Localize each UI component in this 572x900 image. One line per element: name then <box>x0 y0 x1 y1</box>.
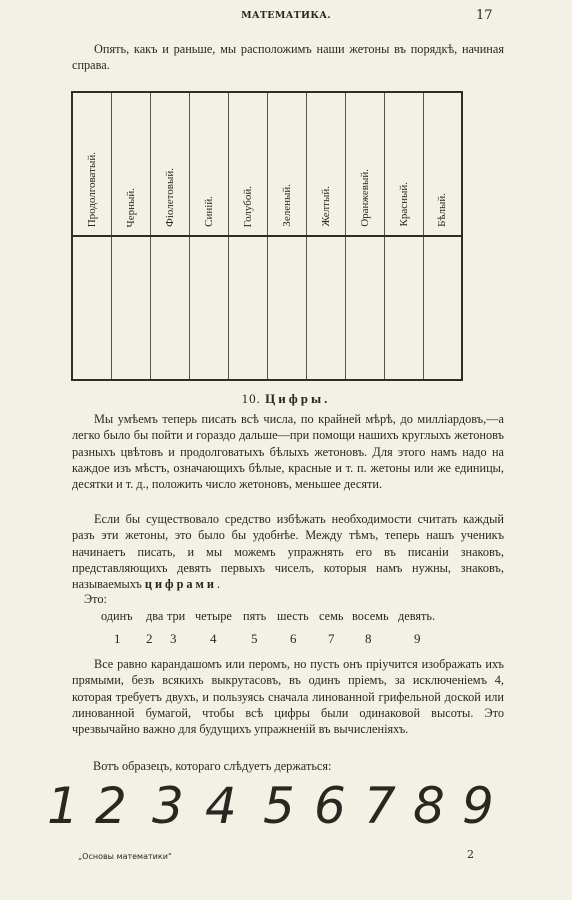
section-heading: 10. Цифры. <box>0 391 572 407</box>
script-digit: 4 <box>205 778 237 834</box>
script-digit: 8 <box>413 778 445 834</box>
intro-paragraph-text: Опять, какъ и раньше, мы расположимъ наш… <box>72 42 504 72</box>
column-header: Черный. <box>111 92 150 236</box>
script-digit: 5 <box>263 778 295 834</box>
number-words-row: одинъ два три четыре пять шесть семь вос… <box>0 609 572 627</box>
paragraph-4: Все равно карандашомъ или перомъ, но пус… <box>72 656 504 737</box>
column-header: Фіолетовый. <box>150 92 189 236</box>
book-page: МАТЕМАТИКА. 17 Опять, какъ и раньше, мы … <box>0 0 572 900</box>
table-cell <box>189 236 228 380</box>
column-label: Красный. <box>398 182 410 227</box>
column-label: Оранжевый. <box>359 169 371 227</box>
column-header: Красный. <box>384 92 423 236</box>
column-label: Желтый. <box>320 186 332 227</box>
table-cell <box>150 236 189 380</box>
page-number: 17 <box>476 8 493 23</box>
column-header: Продолговатый. <box>72 92 111 236</box>
section-number: 10. <box>242 391 261 406</box>
table-cell <box>345 236 384 380</box>
column-header: Зеленый. <box>267 92 306 236</box>
column-label: Фіолетовый. <box>164 168 176 227</box>
column-header: Бѣлый. <box>423 92 462 236</box>
number-digit: 1 <box>114 631 121 647</box>
number-digit: 3 <box>170 631 177 647</box>
number-word: пять <box>243 609 266 624</box>
table-cell <box>111 236 150 380</box>
paragraph-2-text: Мы умѣемъ теперь писать всѣ числа, по кр… <box>72 412 504 491</box>
number-digits-row: 1 2 3 4 5 6 7 8 9 <box>0 631 572 649</box>
number-digit: 9 <box>414 631 421 647</box>
column-label: Бѣлый. <box>436 193 448 227</box>
column-label: Продолговатый. <box>86 152 98 227</box>
number-word: семь <box>319 609 343 624</box>
column-header: Оранжевый. <box>345 92 384 236</box>
footer-signature: „Основы математики“ <box>78 852 172 861</box>
number-digit: 6 <box>290 631 297 647</box>
table-row <box>72 236 462 380</box>
number-word: шесть <box>277 609 309 624</box>
paragraph-2: Мы умѣемъ теперь писать всѣ числа, по кр… <box>72 411 504 492</box>
table-cell <box>306 236 345 380</box>
script-digit: 6 <box>314 778 346 834</box>
footer-sheet-number: 2 <box>467 848 474 861</box>
column-label: Черный. <box>125 188 137 227</box>
number-word: девять. <box>398 609 435 624</box>
eto-label: Это: <box>84 592 107 607</box>
table-cell <box>72 236 111 380</box>
column-label: Зеленый. <box>281 184 293 227</box>
number-word: восемь <box>352 609 389 624</box>
number-digit: 7 <box>328 631 335 647</box>
token-table: Продолговатый. Черный. Фіолетовый. Синій… <box>71 91 463 381</box>
column-header: Голубой. <box>228 92 267 236</box>
number-digit: 4 <box>210 631 217 647</box>
number-word: четыре <box>195 609 232 624</box>
column-header: Синій. <box>189 92 228 236</box>
script-digit: 2 <box>95 778 127 834</box>
number-digit: 5 <box>251 631 258 647</box>
number-word: три <box>167 609 185 624</box>
script-digit: 7 <box>364 778 396 834</box>
section-title: Цифры. <box>265 391 330 406</box>
column-label: Голубой. <box>242 186 254 227</box>
table-cell <box>267 236 306 380</box>
script-digit: 1 <box>47 778 79 834</box>
paragraph-3-text: Если бы существовало средство избѣжать н… <box>72 512 504 591</box>
script-digit: 9 <box>462 778 494 834</box>
number-word: два <box>146 609 163 624</box>
paragraph-4-text: Все равно карандашомъ или перомъ, но пус… <box>72 657 504 736</box>
number-word: одинъ <box>101 609 133 624</box>
column-header: Желтый. <box>306 92 345 236</box>
table-cell <box>423 236 462 380</box>
emphasis-term: цифрами <box>145 577 217 591</box>
number-digit: 2 <box>146 631 153 647</box>
handwritten-digits-sample: 1 2 3 4 5 6 7 8 9 <box>0 778 572 838</box>
paragraph-3-end: . <box>217 577 220 591</box>
intro-paragraph: Опять, какъ и раньше, мы расположимъ наш… <box>72 41 504 74</box>
paragraph-3: Если бы существовало средство избѣжать н… <box>72 511 504 592</box>
column-label: Синій. <box>203 196 215 227</box>
table-cell <box>228 236 267 380</box>
table-cell <box>384 236 423 380</box>
number-digit: 8 <box>365 631 372 647</box>
token-table-header-row: Продолговатый. Черный. Фіолетовый. Синій… <box>72 92 462 236</box>
script-digit: 3 <box>152 778 184 834</box>
paragraph-5: Вотъ образецъ, котораго слѣдуетъ держать… <box>93 759 331 774</box>
